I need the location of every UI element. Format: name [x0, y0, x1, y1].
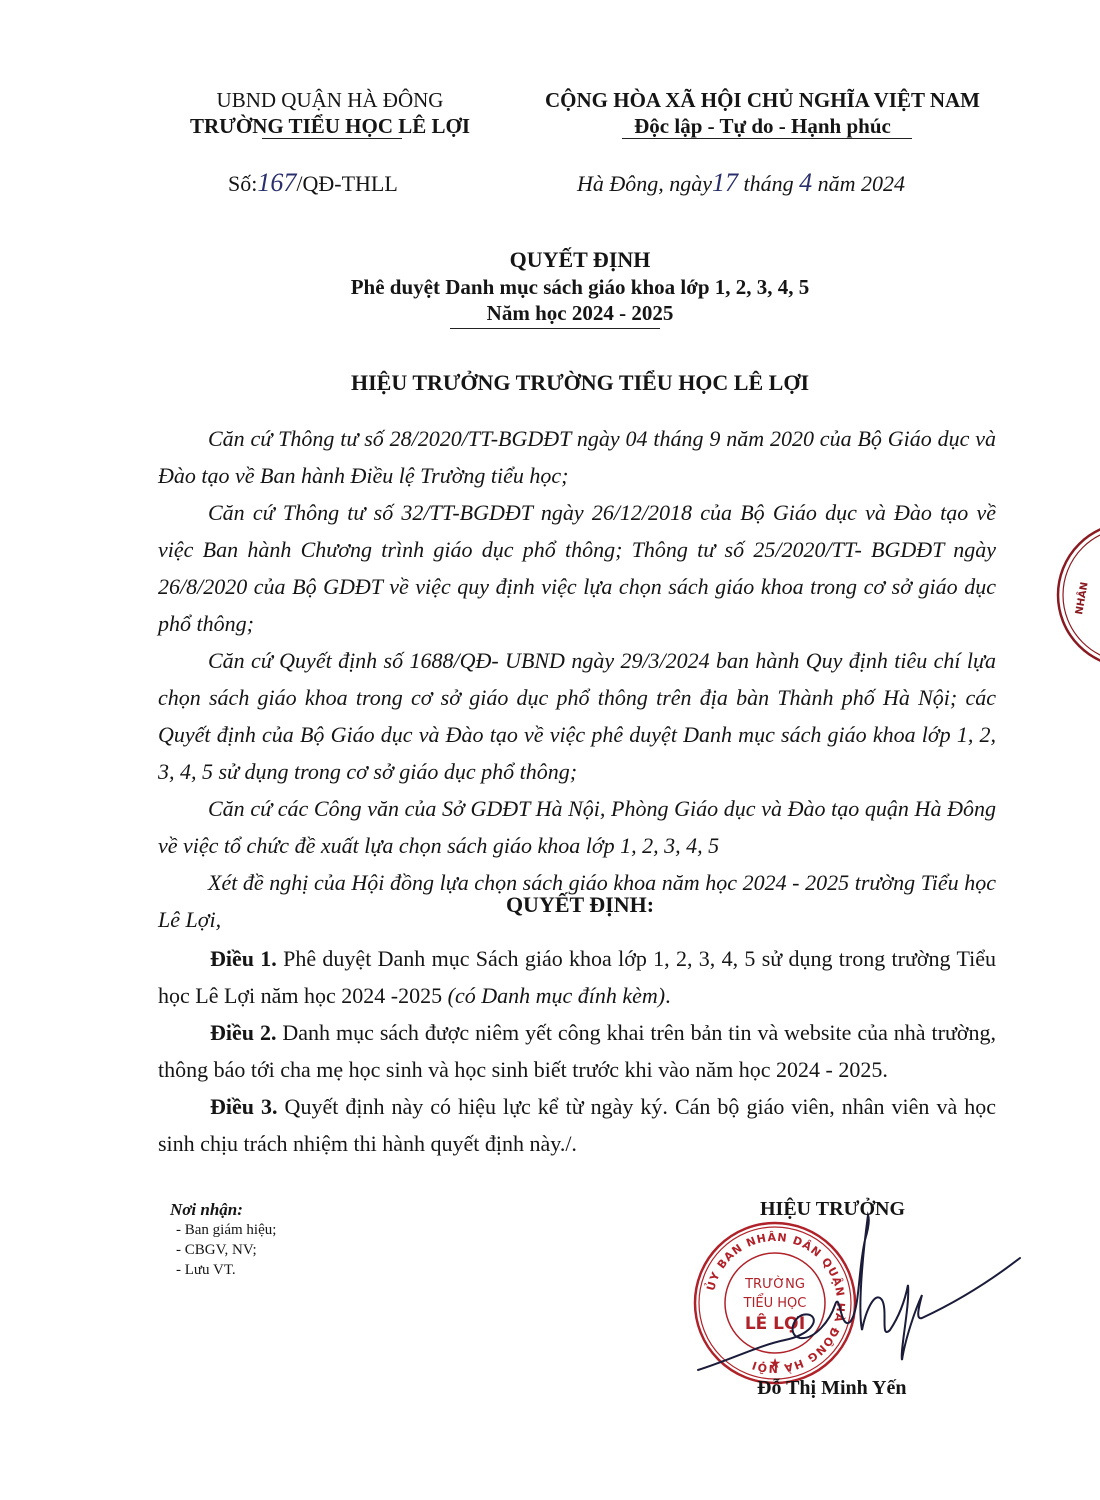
motto: Độc lập - Tự do - Hạnh phúc: [525, 113, 1000, 139]
preamble-item: Căn cứ Quyết định số 1688/QĐ- UBND ngày …: [158, 642, 996, 790]
handwritten-number: 167: [257, 168, 296, 197]
recipients: Nơi nhận: - Ban giám hiệu; - CBGV, NV; -…: [170, 1200, 276, 1280]
recipient-item: - CBGV, NV;: [170, 1240, 276, 1260]
country-name: CỘNG HÒA XÃ HỘI CHỦ NGHĨA VIỆT NAM: [525, 87, 1000, 113]
national-motto: CỘNG HÒA XÃ HỘI CHỦ NGHĨA VIỆT NAM Độc l…: [525, 87, 1000, 139]
recipients-heading: Nơi nhận:: [170, 1200, 276, 1220]
signatory-title: HIỆU TRƯỞNG: [760, 1198, 905, 1221]
date-month-label: tháng: [744, 171, 794, 196]
article-label: Điều 3.: [210, 1094, 278, 1119]
school-name: TRƯỜNG TIỂU HỌC LÊ LỢI: [150, 113, 510, 139]
article-end: .: [665, 983, 671, 1008]
article-text: Danh mục sách được niêm yết công khai tr…: [158, 1020, 996, 1082]
signature-icon: [690, 1210, 1025, 1390]
title-subject: Phê duyệt Danh mục sách giáo khoa lớp 1,…: [150, 274, 1010, 300]
preamble-item: Căn cứ các Công văn của Sở GDĐT Hà Nội, …: [158, 790, 996, 864]
recipient-item: - Lưu VT.: [170, 1260, 276, 1280]
date-place: Hà Đông, ngày: [577, 171, 712, 196]
article-label: Điều 1.: [210, 946, 277, 971]
document-title: QUYẾT ĐỊNH Phê duyệt Danh mục sách giáo …: [150, 246, 1010, 326]
title-year: Năm học 2024 - 2025: [150, 300, 1010, 326]
doc-number-prefix: Số:: [228, 171, 257, 196]
document-number: Số:167/QĐ-THLL: [228, 168, 398, 198]
issuing-authority: UBND QUẬN HÀ ĐÔNG TRƯỜNG TIỂU HỌC LÊ LỢI: [150, 87, 510, 139]
article-label: Điều 2.: [210, 1020, 276, 1045]
articles: Điều 1. Phê duyệt Danh mục Sách giáo kho…: [158, 940, 996, 1162]
article-1: Điều 1. Phê duyệt Danh mục Sách giáo kho…: [158, 940, 996, 1014]
document-date: Hà Đông, ngày17 tháng 4 năm 2024: [577, 168, 905, 198]
title-type: QUYẾT ĐỊNH: [150, 246, 1010, 274]
article-3: Điều 3. Quyết định này có hiệu lực kể từ…: [158, 1088, 996, 1162]
preamble-item: Căn cứ Thông tư số 32/TT-BGDĐT ngày 26/1…: [158, 494, 996, 642]
divider: [450, 328, 660, 329]
decision-heading: QUYẾT ĐỊNH:: [150, 892, 1010, 918]
signatory-name: Đỗ Thị Minh Yến: [757, 1377, 906, 1400]
handwritten-month: 4: [799, 168, 812, 197]
article-text: Quyết định này có hiệu lực kể từ ngày ký…: [158, 1094, 996, 1156]
handwritten-day: 17: [712, 168, 738, 197]
edge-stamp-text: NHÂN: [1072, 581, 1091, 616]
district-name: UBND QUẬN HÀ ĐÔNG: [150, 87, 510, 113]
divider: [262, 138, 402, 139]
preamble-item: Căn cứ Thông tư số 28/2020/TT-BGDĐT ngày…: [158, 420, 996, 494]
recipient-item: - Ban giám hiệu;: [170, 1220, 276, 1240]
divider: [622, 138, 912, 139]
date-year: năm 2024: [818, 171, 905, 196]
authority-heading: HIỆU TRƯỞNG TRƯỜNG TIỂU HỌC LÊ LỢI: [150, 370, 1010, 396]
doc-number-suffix: /QĐ-THLL: [296, 171, 397, 196]
article-note: (có Danh mục đính kèm): [448, 983, 666, 1008]
article-2: Điều 2. Danh mục sách được niêm yết công…: [158, 1014, 996, 1088]
edge-stamp-icon: NHÂN: [1050, 515, 1100, 675]
preamble: Căn cứ Thông tư số 28/2020/TT-BGDĐT ngày…: [158, 420, 996, 938]
